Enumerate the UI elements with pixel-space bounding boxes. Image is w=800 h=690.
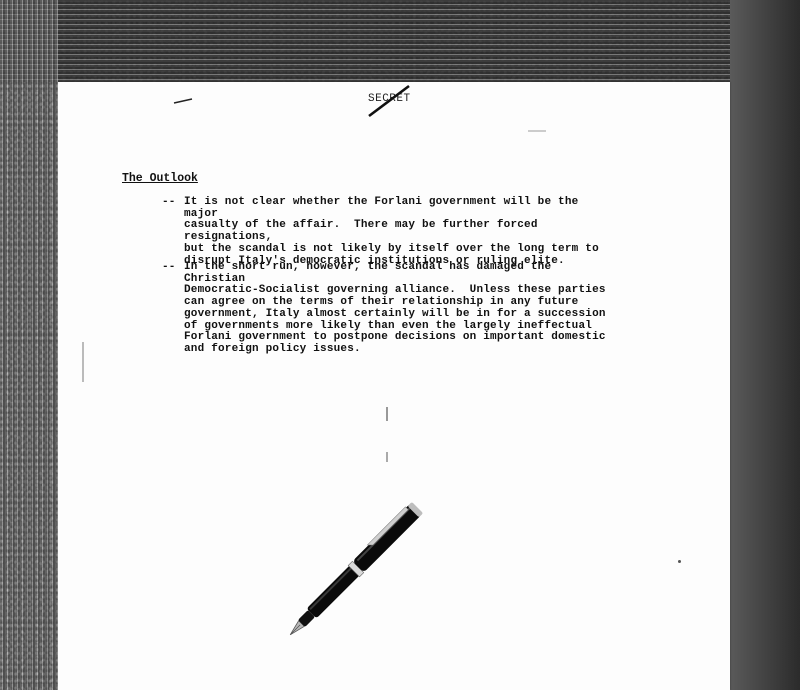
- fountain-pen-icon: [272, 478, 447, 653]
- bullet-text: In the short run, however, the scandal h…: [184, 262, 612, 356]
- bullet-marker: --: [162, 262, 176, 274]
- bullet-text: It is not clear whether the Forlani gove…: [184, 197, 612, 267]
- scan-artifact: [678, 560, 681, 563]
- strikethrough-mark: [363, 84, 413, 118]
- scan-noise-right: [730, 0, 800, 690]
- scan-artifact: [386, 452, 388, 462]
- scan-artifact: [386, 407, 388, 421]
- scan-artifact: [82, 342, 84, 382]
- scan-artifact: [528, 130, 546, 132]
- scan-noise-top: [0, 0, 800, 82]
- bullet-paragraph: -- It is not clear whether the Forlani g…: [162, 197, 612, 267]
- scan-noise-left: [0, 0, 58, 690]
- section-title: The Outlook: [122, 172, 198, 185]
- pen-mark: [173, 98, 193, 104]
- bullet-marker: --: [162, 197, 176, 209]
- bullet-paragraph: -- In the short run, however, the scanda…: [162, 262, 612, 356]
